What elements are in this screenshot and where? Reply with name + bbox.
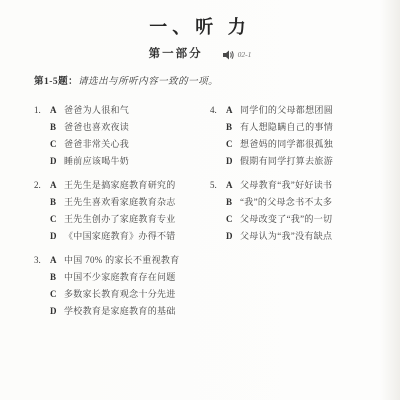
option-letter: B [226, 194, 240, 211]
question-block: 2. A王先生是搞家庭教育研究的B王先生喜欢看家庭教育杂志C王先生创办了家庭教育… [34, 177, 210, 245]
question-block: 5. A父母教育“我”好好读书B“我”的父母念书不太多C父母改变了“我”的一切D… [210, 177, 400, 245]
option-letter: A [226, 177, 240, 194]
instructions-text: 请选出与所听内容一致的一项。 [78, 77, 218, 87]
option-letter: B [50, 119, 64, 136]
option-letter: A [50, 177, 64, 194]
options-list: A王先生是搞家庭教育研究的B王先生喜欢看家庭教育杂志C王先生创办了家庭教育专业D… [50, 177, 210, 245]
option-text: 想爸妈的同学都很孤独 [240, 136, 333, 153]
section-heading: 第一部分 02-1 [0, 47, 400, 62]
option-row: C爸爸非常关心我 [50, 136, 210, 153]
option-row: B“我”的父母念书不太多 [226, 194, 400, 211]
option-letter: A [50, 252, 64, 269]
option-row: A中国 70% 的家长不重视教育 [50, 252, 210, 269]
question-block: 3. A中国 70% 的家长不重视教育B中国不少家庭教育存在问题C多数家长教育观… [34, 252, 210, 320]
section-title: 第一部分 [149, 47, 203, 62]
option-text: 父母认为“我”没有缺点 [240, 228, 332, 245]
option-text: 中国 70% 的家长不重视教育 [64, 252, 180, 269]
option-row: A同学们的父母都想团圆 [226, 102, 400, 119]
option-letter: B [50, 194, 64, 211]
option-text: 《中国家庭教育》办得不错 [64, 228, 176, 245]
option-letter: C [226, 136, 240, 153]
option-row: D学校教育是家庭教育的基础 [50, 303, 210, 320]
option-letter: A [50, 102, 64, 119]
option-row: C父母改变了“我”的一切 [226, 211, 400, 228]
option-letter: D [226, 153, 240, 170]
page-title: 一、听 力 [0, 16, 400, 38]
question-number: 3. [34, 252, 50, 320]
audio-track: 02-1 [223, 47, 252, 62]
option-text: 父母改变了“我”的一切 [240, 211, 332, 228]
option-text: 中国不少家庭教育存在问题 [64, 269, 176, 286]
option-row: C多数家长教育观念十分先进 [50, 286, 210, 303]
option-row: A父母教育“我”好好读书 [226, 177, 400, 194]
option-text: 有人想隐瞒自己的事情 [240, 119, 333, 136]
options-list: A父母教育“我”好好读书B“我”的父母念书不太多C父母改变了“我”的一切D父母认… [226, 177, 400, 245]
option-text: 王先生创办了家庭教育专业 [64, 211, 176, 228]
questions-column-left: 1. A爸爸为人很和气B爸爸也喜欢夜读C爸爸非常关心我D睡前应该喝牛奶 2. A… [34, 102, 210, 327]
instructions-line: 第1-5题：请选出与所听内容一致的一项。 [34, 75, 400, 89]
option-row: D假期有同学打算去旅游 [226, 153, 400, 170]
option-row: A爸爸为人很和气 [50, 102, 210, 119]
option-text: 父母教育“我”好好读书 [240, 177, 332, 194]
option-letter: D [226, 228, 240, 245]
option-letter: A [226, 102, 240, 119]
option-text: 假期有同学打算去旅游 [240, 153, 333, 170]
instructions-prefix: 第1-5题： [34, 77, 78, 87]
questions-area: 1. A爸爸为人很和气B爸爸也喜欢夜读C爸爸非常关心我D睡前应该喝牛奶 2. A… [34, 102, 400, 327]
option-letter: B [226, 119, 240, 136]
option-row: D睡前应该喝牛奶 [50, 153, 210, 170]
option-text: 爸爸非常关心我 [64, 136, 129, 153]
options-list: A同学们的父母都想团圆B有人想隐瞒自己的事情C想爸妈的同学都很孤独D假期有同学打… [226, 102, 400, 170]
option-letter: D [50, 228, 64, 245]
speaker-icon [223, 50, 235, 60]
option-letter: D [50, 303, 64, 320]
question-number: 1. [34, 102, 50, 170]
option-letter: C [50, 136, 64, 153]
options-list: A爸爸为人很和气B爸爸也喜欢夜读C爸爸非常关心我D睡前应该喝牛奶 [50, 102, 210, 170]
question-number: 2. [34, 177, 50, 245]
options-list: A中国 70% 的家长不重视教育B中国不少家庭教育存在问题C多数家长教育观念十分… [50, 252, 210, 320]
option-row: C想爸妈的同学都很孤独 [226, 136, 400, 153]
option-row: B王先生喜欢看家庭教育杂志 [50, 194, 210, 211]
option-letter: C [226, 211, 240, 228]
option-row: B中国不少家庭教育存在问题 [50, 269, 210, 286]
option-row: B爸爸也喜欢夜读 [50, 119, 210, 136]
option-text: 王先生是搞家庭教育研究的 [64, 177, 176, 194]
option-text: 学校教育是家庭教育的基础 [64, 303, 176, 320]
option-row: A王先生是搞家庭教育研究的 [50, 177, 210, 194]
exam-page: 一、听 力 第一部分 02-1 第1-5题：请选出与所听内容一致的一项。 1. … [0, 0, 400, 327]
option-row: B有人想隐瞒自己的事情 [226, 119, 400, 136]
option-letter: D [50, 153, 64, 170]
option-text: “我”的父母念书不太多 [240, 194, 332, 211]
option-letter: C [50, 286, 64, 303]
question-number: 5. [210, 177, 226, 245]
question-block: 1. A爸爸为人很和气B爸爸也喜欢夜读C爸爸非常关心我D睡前应该喝牛奶 [34, 102, 210, 170]
option-text: 王先生喜欢看家庭教育杂志 [64, 194, 176, 211]
option-row: D父母认为“我”没有缺点 [226, 228, 400, 245]
option-letter: C [50, 211, 64, 228]
option-text: 同学们的父母都想团圆 [240, 102, 333, 119]
audio-track-number: 02-1 [238, 47, 252, 62]
option-text: 爸爸也喜欢夜读 [64, 119, 129, 136]
option-text: 睡前应该喝牛奶 [64, 153, 129, 170]
option-text: 多数家长教育观念十分先进 [64, 286, 176, 303]
option-text: 爸爸为人很和气 [64, 102, 129, 119]
option-row: C王先生创办了家庭教育专业 [50, 211, 210, 228]
question-block: 4. A同学们的父母都想团圆B有人想隐瞒自己的事情C想爸妈的同学都很孤独D假期有… [210, 102, 400, 170]
option-row: D《中国家庭教育》办得不错 [50, 228, 210, 245]
question-number: 4. [210, 102, 226, 170]
option-letter: B [50, 269, 64, 286]
questions-column-right: 4. A同学们的父母都想团圆B有人想隐瞒自己的事情C想爸妈的同学都很孤独D假期有… [210, 102, 400, 327]
